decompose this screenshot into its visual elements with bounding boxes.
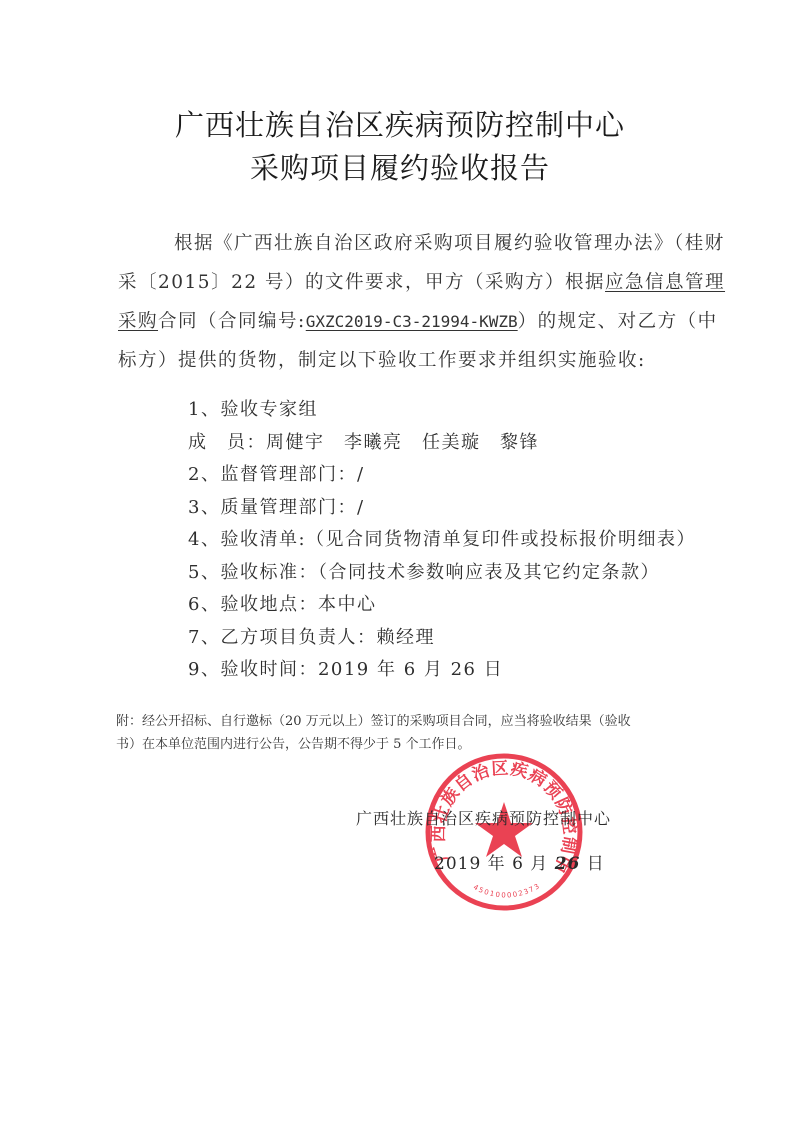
list-item: 6、验收地点：本中心 — [188, 589, 696, 622]
document-title-line1: 广西壮族自治区疾病预防控制中心 — [0, 103, 800, 144]
intro-line4: 标方）提供的货物，制定以下验收工作要求并组织实施验收: — [118, 341, 698, 380]
intro-line3-tail: ）的规定、对乙方（中 — [518, 311, 718, 332]
list-item: 7、乙方项目负责人：赖经理 — [188, 622, 696, 655]
date-suffix: 日 — [587, 854, 605, 874]
contract-number: GXZC2019-C3-21994-KWZB — [306, 312, 518, 331]
document-title-line2: 采购项目履约验收报告 — [0, 146, 800, 187]
note-line2: 书）在本单位范围内进行公告，公告期不得少于 5 个工作日。 — [116, 733, 716, 756]
document-page: 广西壮族自治区疾病预防控制中心 采购项目履约验收报告 根据《广西壮族自治区政府采… — [0, 0, 800, 1131]
intro-line3-text: 合同（合同编号: — [158, 311, 306, 332]
list-item: 1、验收专家组 — [188, 394, 696, 427]
intro-line2-text: 采〔2015〕22 号）的文件要求，甲方（采购方）根据 — [118, 272, 605, 293]
intro-line2: 采〔2015〕22 号）的文件要求，甲方（采购方）根据应急信息管理 — [118, 263, 698, 302]
list-item: 3、质量管理部门：/ — [188, 492, 696, 525]
intro-paragraph: 根据《广西壮族自治区政府采购项目履约验收管理办法》（桂财 采〔2015〕22 号… — [118, 224, 698, 380]
list-item: 4、验收清单:（见合同货物清单复印件或投标报价明细表） — [188, 524, 696, 557]
signature-date: 2019 年 6 月 26 日 — [434, 849, 605, 874]
list-item: 5、验收标准：（合同技术参数响应表及其它约定条款） — [188, 557, 696, 590]
date-prefix: 2019 年 6 月 — [434, 854, 548, 874]
official-seal-icon: 广西壮族自治区疾病预防控制中心 4501000023734 — [424, 752, 584, 912]
project-name-underlined: 应急信息管理 — [605, 272, 725, 293]
acceptance-items-list: 1、验收专家组 成 员：周健宇 李曦亮 任美璇 黎锋 2、监督管理部门：/ 3、… — [188, 394, 696, 687]
list-item: 成 员：周健宇 李曦亮 任美璇 黎锋 — [188, 427, 696, 460]
list-item: 9、验收时间：2019 年 6 月 26 日 — [188, 654, 696, 687]
list-item: 2、监督管理部门：/ — [188, 459, 696, 492]
note-line1: 附：经公开招标、自行邀标（20 万元以上）签订的采购项目合同，应当将验收结果（验… — [116, 710, 716, 733]
project-name-underlined-cont: 采购 — [118, 311, 158, 332]
signature-organization: 广西壮族自治区疾病预防控制中心 — [356, 806, 611, 829]
date-day-handwritten: 26 — [555, 854, 581, 874]
intro-line1: 根据《广西壮族自治区政府采购项目履约验收管理办法》（桂财 — [118, 224, 698, 263]
appendix-note: 附：经公开招标、自行邀标（20 万元以上）签订的采购项目合同，应当将验收结果（验… — [116, 710, 716, 756]
intro-line3: 采购合同（合同编号:GXZC2019-C3-21994-KWZB）的规定、对乙方… — [118, 302, 698, 341]
